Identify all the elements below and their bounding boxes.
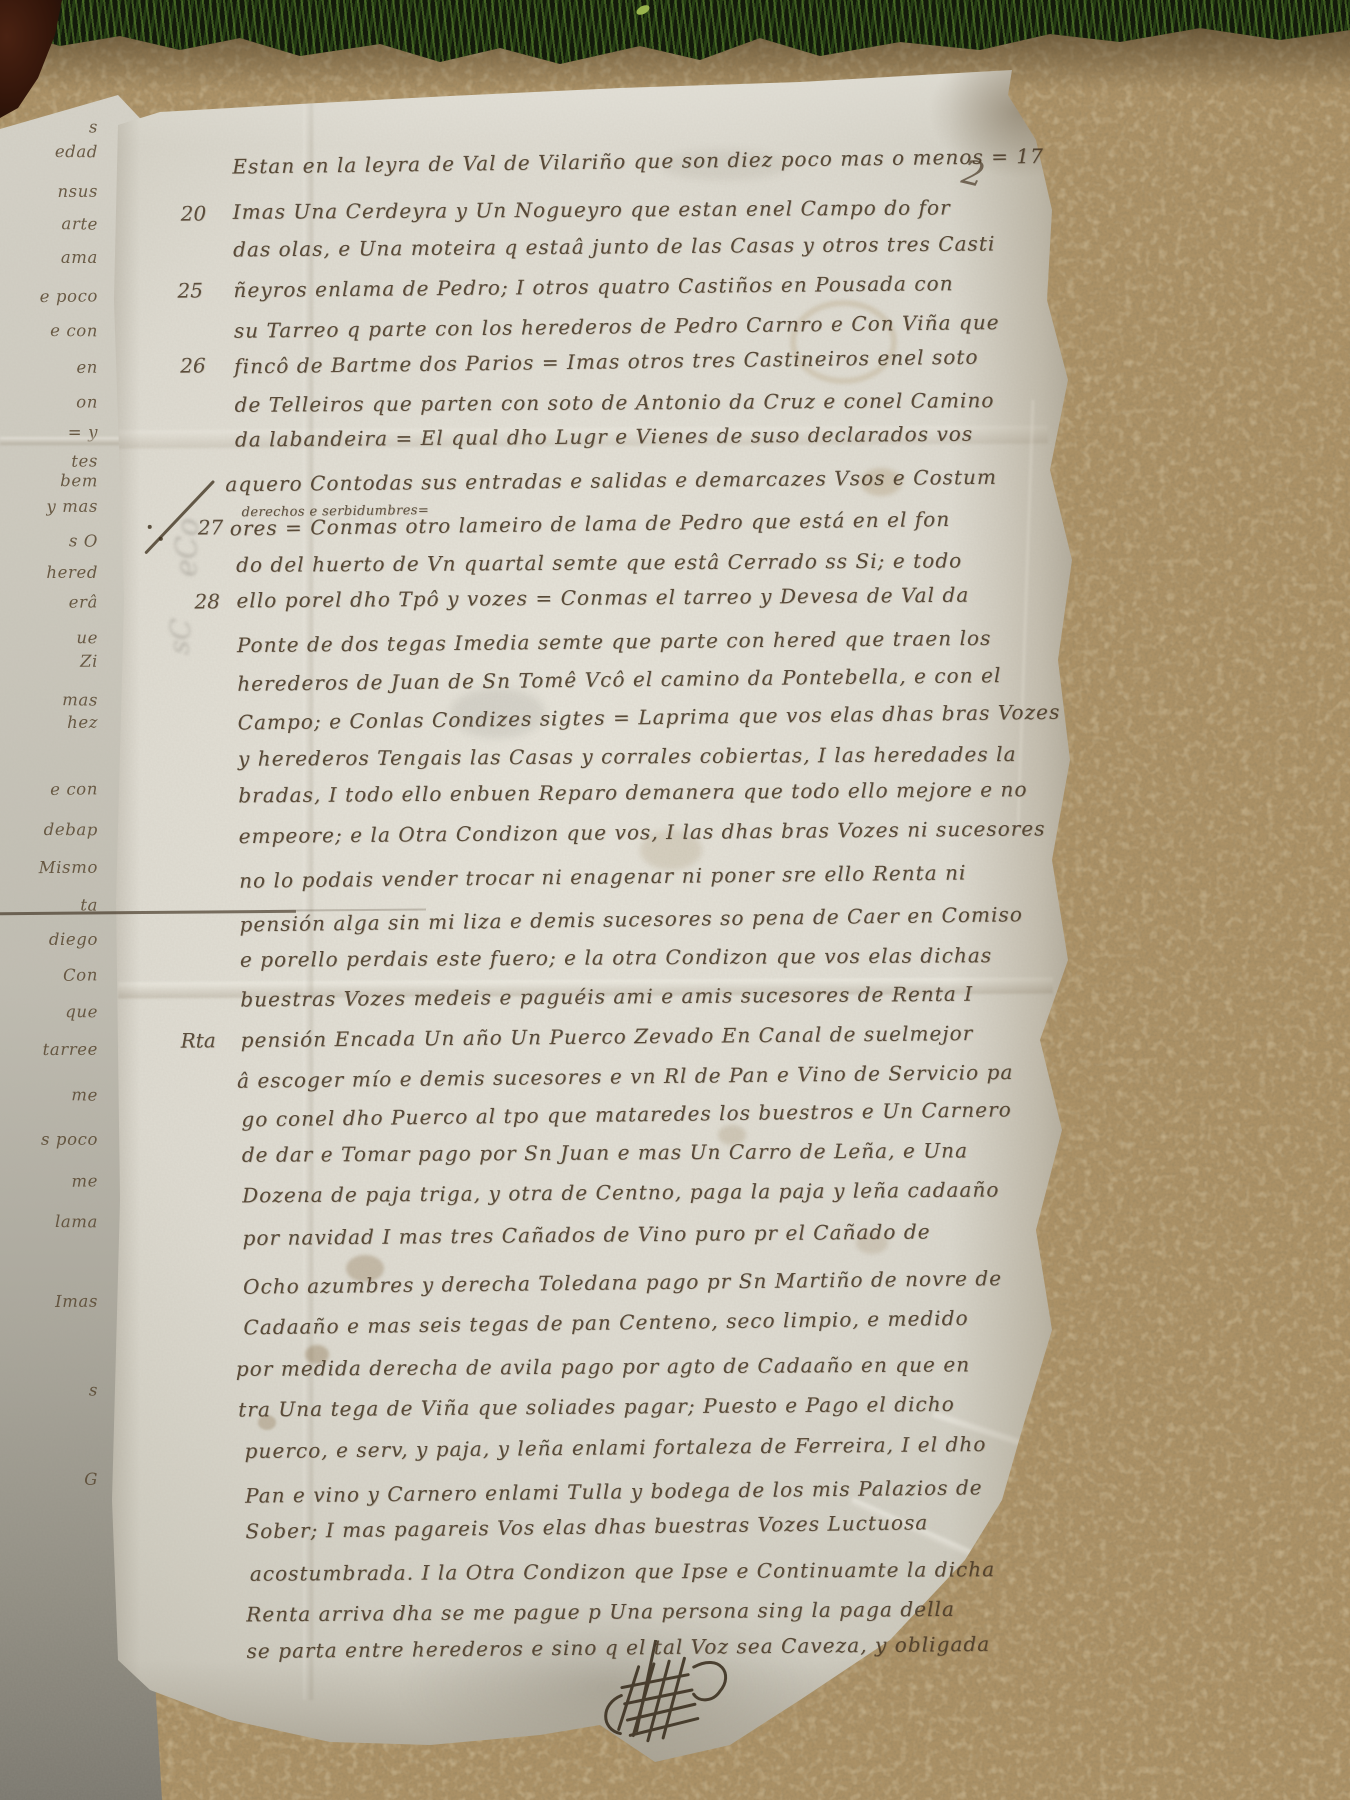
left-page-fragment: e con: [4, 321, 98, 341]
stain: [860, 468, 902, 496]
stain-ring: [790, 300, 897, 384]
left-page-fragment: = y: [4, 423, 98, 442]
left-page-fragment: mas: [4, 689, 98, 709]
left-page-fragment: e con: [4, 779, 98, 799]
ink-showthrough: eCo: [169, 518, 206, 578]
fold-crease-vertical: [303, 100, 313, 1700]
document-photo: { "colors":{"cork":"#ab9166","grass_dark…: [0, 0, 1350, 1800]
left-page-fragment: s O: [4, 530, 98, 550]
left-page-fragment: edad: [4, 142, 98, 162]
fold-crease: [118, 978, 1053, 999]
left-page-fragment: diego: [4, 930, 98, 949]
stain: [346, 1255, 384, 1282]
left-page-fragment: me: [4, 1171, 98, 1191]
left-page-fragment: on: [4, 391, 98, 411]
left-page-fragment: s poco: [4, 1130, 98, 1149]
left-page-fragment: s: [4, 1379, 98, 1399]
left-page-fragment: que: [4, 1002, 98, 1022]
stain: [856, 1232, 888, 1254]
left-page-fragment: me: [4, 1084, 98, 1104]
fold-crease: [1016, 400, 1034, 830]
stain: [718, 1125, 746, 1145]
stain: [640, 830, 702, 870]
left-page-fragment: debap: [4, 820, 98, 840]
stain: [660, 150, 790, 180]
left-page-fragment: Zi: [4, 652, 98, 672]
left-page-fragment: arte: [4, 213, 98, 233]
stain: [450, 688, 545, 738]
left-page-fragment: nsus: [4, 182, 98, 202]
left-page-fragment: ta: [4, 894, 98, 914]
left-page-fragment: ama: [4, 248, 98, 267]
left-page-fragment: e poco: [4, 286, 98, 306]
left-page-fragment: en: [4, 358, 98, 378]
stain: [305, 1345, 329, 1364]
fold-crease: [118, 426, 1048, 449]
left-page-fragment: bem: [4, 471, 98, 491]
left-page-fragment: Con: [4, 965, 98, 985]
left-page-fragment: tarree: [4, 1040, 98, 1060]
left-page-fragment: Mismo: [4, 858, 98, 878]
left-page-fragment: hez: [4, 713, 98, 732]
left-page-fragment: hered: [4, 563, 98, 582]
left-page-fragment: Imas: [4, 1292, 98, 1312]
left-page-fragment: lama: [4, 1212, 98, 1232]
left-page-fragment: ue: [4, 628, 98, 648]
manuscript-sheet: eCo sC: [100, 60, 1100, 1780]
ink-showthrough: sC: [162, 617, 197, 655]
stain: [258, 1415, 276, 1430]
left-page-fragment: G: [4, 1470, 98, 1489]
left-page-fragment: y mas: [4, 497, 98, 517]
left-page-fragment: erâ: [4, 592, 98, 612]
left-page-fragment: tes: [4, 451, 98, 471]
